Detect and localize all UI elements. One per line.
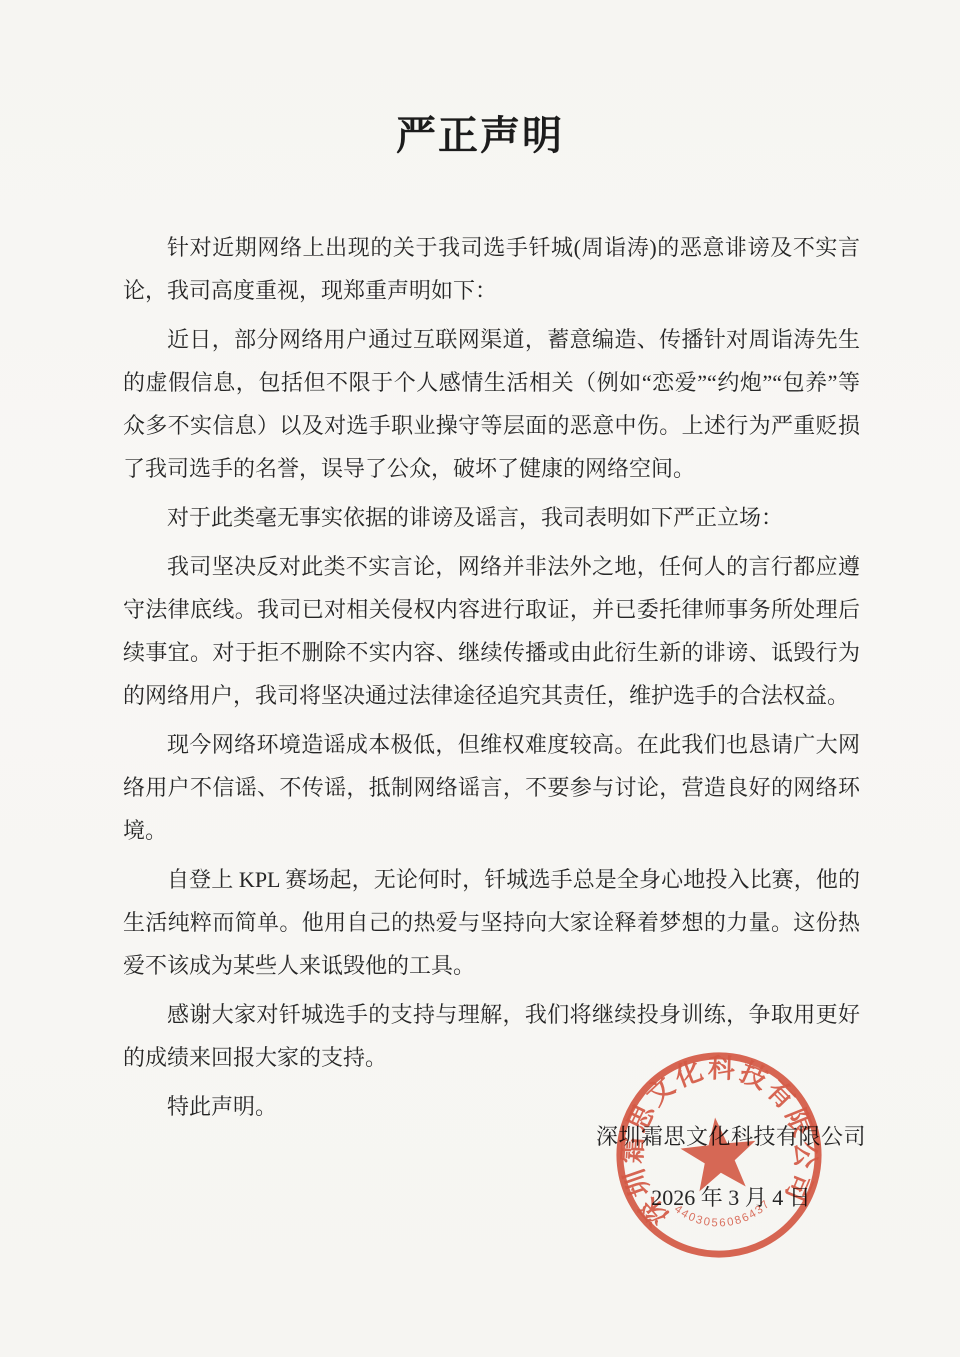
paragraph: 我司坚决反对此类不实言论，网络并非法外之地，任何人的言行都应遵守法律底线。我司已… bbox=[123, 545, 860, 717]
paragraph: 近日，部分网络用户通过互联网渠道，蓄意编造、传播针对周诣涛先生的虚假信息，包括但… bbox=[123, 318, 860, 490]
signature-block: 深圳霜思文化科技有限公司 2026 年 3 月 4 日 bbox=[596, 1122, 866, 1213]
signature-date: 2026 年 3 月 4 日 bbox=[596, 1183, 866, 1213]
document-page: 严正声明 针对近期网络上出现的关于我司选手钎城(周诣涛)的恶意诽谤及不实言论，我… bbox=[0, 0, 960, 1357]
paragraph: 感谢大家对钎城选手的支持与理解，我们将继续投身训练，争取用更好的成绩来回报大家的… bbox=[123, 993, 860, 1079]
paragraph: 现今网络环境造谣成本极低，但维权难度较高。在此我们也恳请广大网络用户不信谣、不传… bbox=[123, 723, 860, 852]
paragraph: 自登上 KPL 赛场起，无论何时，钎城选手总是全身心地投入比赛，他的生活纯粹而简… bbox=[123, 858, 860, 987]
paragraph: 对于此类毫无事实依据的诽谤及谣言，我司表明如下严正立场： bbox=[123, 496, 860, 539]
paragraph: 针对近期网络上出现的关于我司选手钎城(周诣涛)的恶意诽谤及不实言论，我司高度重视… bbox=[123, 226, 860, 312]
document-body: 针对近期网络上出现的关于我司选手钎城(周诣涛)的恶意诽谤及不实言论，我司高度重视… bbox=[123, 226, 860, 1128]
document-title: 严正声明 bbox=[0, 104, 960, 161]
company-name: 深圳霜思文化科技有限公司 bbox=[596, 1122, 866, 1152]
